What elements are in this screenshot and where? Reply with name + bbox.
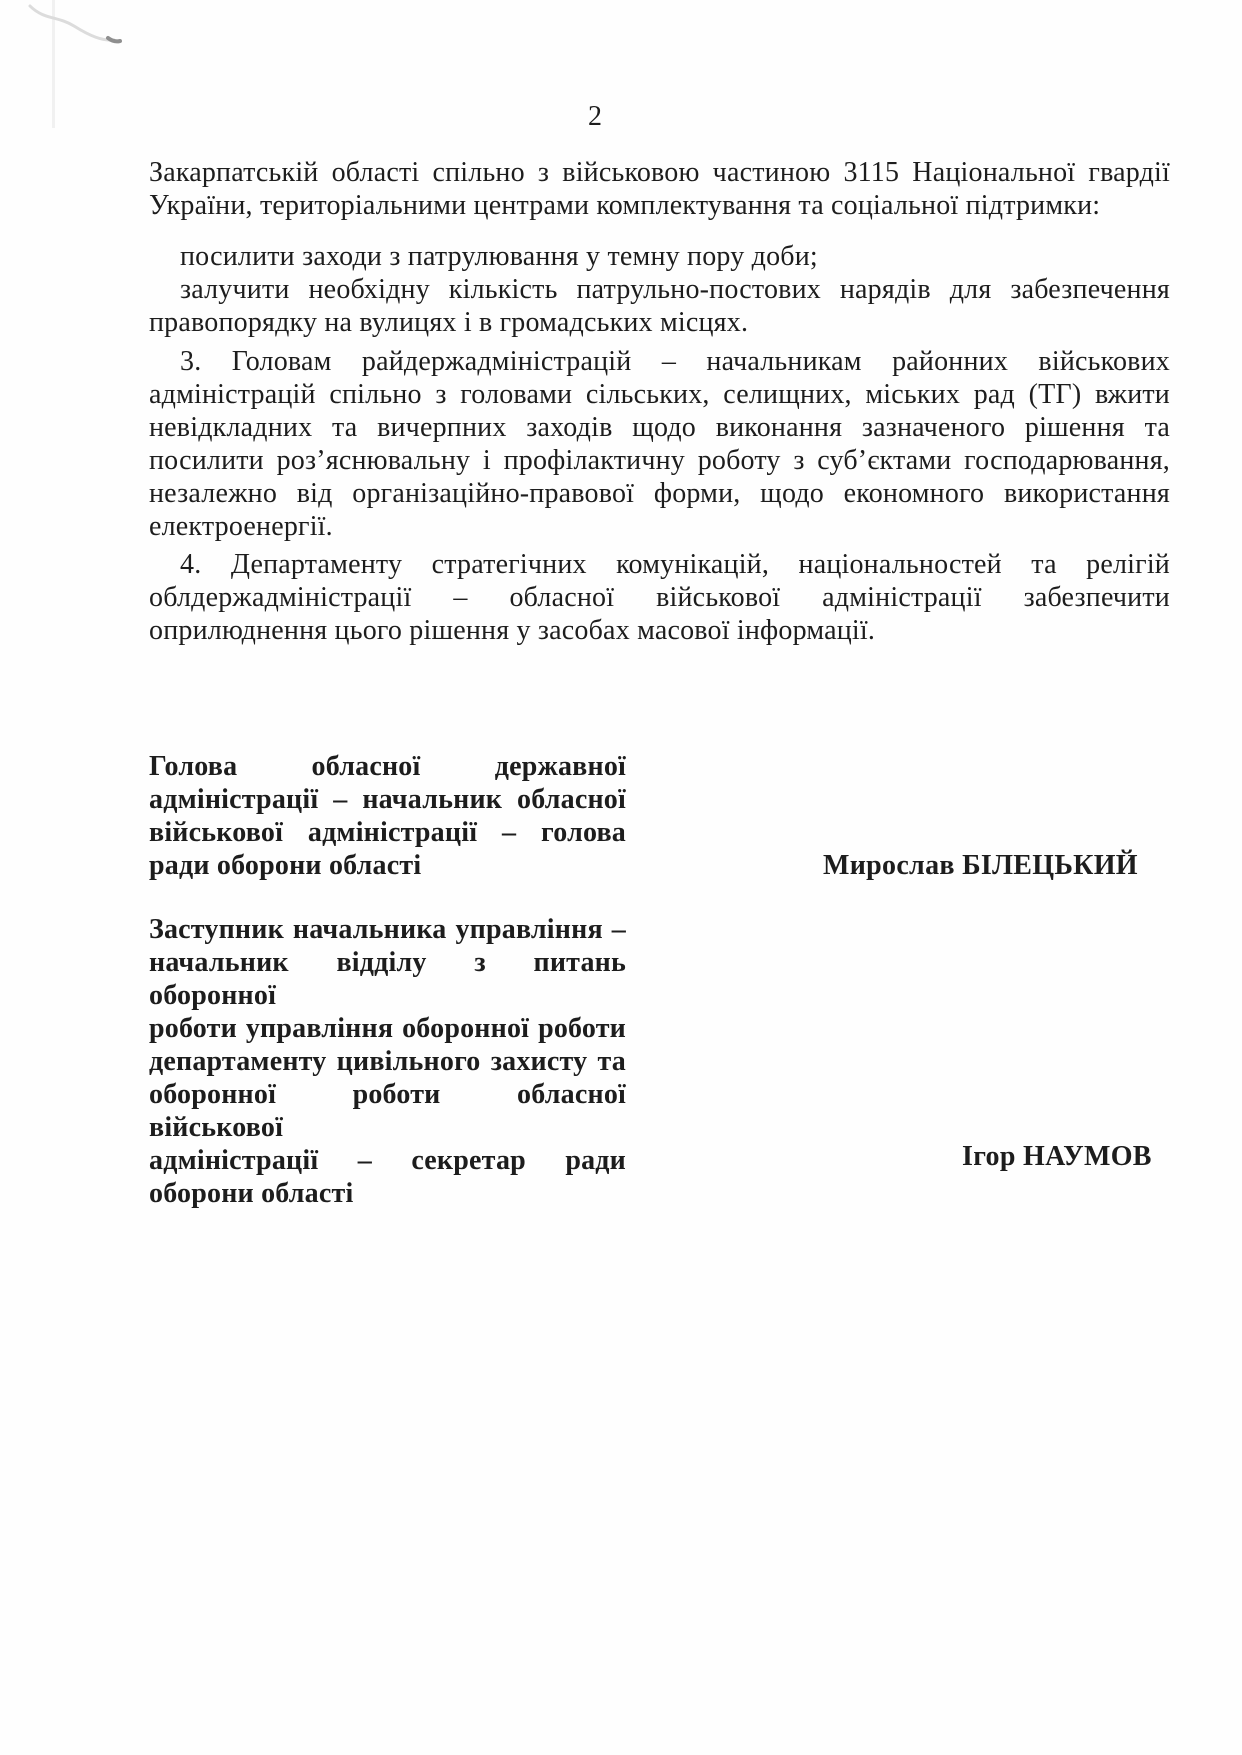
signature-title-1: Голова обласної державної адміністрації … — [149, 750, 626, 882]
text-line: начальник відділу з питань оборонної — [149, 946, 626, 1012]
text-line: залучити необхідну кількість патрульно-п… — [149, 273, 1170, 306]
text-line: Заступник начальника управління – — [149, 913, 626, 946]
text-line: електроенергії. — [149, 510, 1170, 543]
page-number: 2 — [0, 100, 1190, 133]
text-line: 3. Головам райдержадміністрацій – началь… — [149, 345, 1170, 378]
text-line: Закарпатській області спільно з військов… — [149, 156, 1170, 189]
text-line: облдержадміністрації – обласної військов… — [149, 581, 1170, 614]
text-line: оборонної роботи обласної військової — [149, 1078, 626, 1144]
text-line: України, територіальними центрами компле… — [149, 189, 1170, 222]
paragraph-4: 4. Департаменту стратегічних комунікацій… — [149, 548, 1170, 647]
directive-item-2: залучити необхідну кількість патрульно-п… — [149, 273, 1170, 339]
signatory-name-1: Мирослав БІЛЕЦЬКИЙ — [823, 849, 1138, 882]
text-line: оприлюднення цього рішення у засобах мас… — [149, 614, 1170, 647]
text-line: військової адміністрації – голова — [149, 816, 626, 849]
text-line: Голова обласної державної — [149, 750, 626, 783]
text-line: адміністрації – начальник обласної — [149, 783, 626, 816]
directive-item-1: посилити заходи з патрулювання у темну п… — [149, 240, 1170, 273]
text-line: незалежно від організаційно-правової фор… — [149, 477, 1170, 510]
text-line: адміністрацій спільно з головами сільськ… — [149, 378, 1170, 411]
text-line: посилити заходи з патрулювання у темну п… — [149, 240, 1170, 273]
signatory-name-2: Ігор НАУМОВ — [962, 1140, 1152, 1173]
text-line: невідкладних та вичерпних заходів щодо в… — [149, 411, 1170, 444]
text-line: роботи управління оборонної роботи — [149, 1012, 626, 1045]
text-line: ради оборони області — [149, 849, 626, 882]
text-line: посилити роз’яснювальну і профілактичну … — [149, 444, 1170, 477]
text-line: 4. Департаменту стратегічних комунікацій… — [149, 548, 1170, 581]
text-line: департаменту цивільного захисту та — [149, 1045, 626, 1078]
paragraph-continuation: Закарпатській області спільно з військов… — [149, 156, 1170, 222]
document-page: 2 Закарпатській області спільно з військ… — [0, 0, 1242, 1755]
text-line: адміністрації – секретар ради — [149, 1144, 626, 1177]
text-line: правопорядку на вулицях і в громадських … — [149, 306, 1170, 339]
paragraph-3: 3. Головам райдержадміністрацій – началь… — [149, 345, 1170, 543]
text-line: оборони області — [149, 1177, 626, 1210]
signature-title-2: Заступник начальника управління – началь… — [149, 913, 626, 1210]
